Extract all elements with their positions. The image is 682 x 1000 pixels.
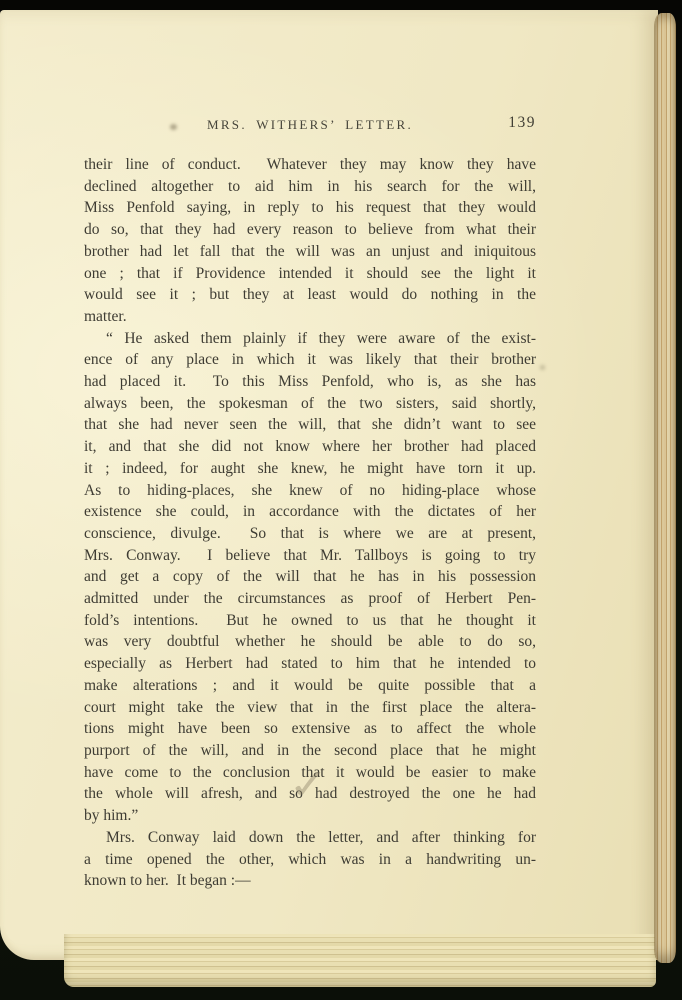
text-line: a time opened the other, which was in a … [84,849,536,871]
text-line: declined altogether to aid him in his se… [84,176,536,198]
paragraph: their line of conduct. Whatever they may… [84,154,536,328]
page-speck [540,365,545,370]
running-header-title: MRS. WITHERS’ LETTER. [207,117,413,132]
text-line: do so, that they had every reason to bel… [84,219,536,241]
scanned-book-photo: { "page": { "header": { "title": "MRS. W… [0,0,682,1000]
book-page: MRS. WITHERS’ LETTER. 139 their line of … [0,10,658,960]
book-fore-edge [655,13,676,963]
text-line: conscience, divulge. So that is where we… [84,523,536,545]
text-line: it, and that she did not know where her … [84,436,536,458]
text-line: brother had let fall that the will was a… [84,241,536,263]
text-line: make alterations ; and it would be quite… [84,675,536,697]
text-line: fold’s intentions. But he owned to us th… [84,610,536,632]
running-header: MRS. WITHERS’ LETTER. 139 [84,116,536,138]
text-line: As to hiding-places, she knew of no hidi… [84,480,536,502]
book-bottom-page-edges [64,934,656,987]
text-line: had placed it. To this Miss Penfold, who… [84,371,536,393]
text-line: purport of the will, and in the second p… [84,740,536,762]
text-line: by him.” [84,805,536,827]
text-line: that she had never seen the will, that s… [84,414,536,436]
paragraph: “ He asked them plainly if they were awa… [84,328,536,827]
text-line: tions might have been so extensive as to… [84,718,536,740]
text-line: matter. [84,306,536,328]
text-line: and get a copy of the will that he has i… [84,566,536,588]
text-line: court might take the view that in the fi… [84,697,536,719]
text-line: ence of any place in which it was likely… [84,349,536,371]
text-line: Miss Penfold saying, in reply to his req… [84,197,536,219]
text-line: one ; that if Providence intended it sho… [84,263,536,285]
text-line: admitted under the circumstances as proo… [84,588,536,610]
text-line: would see it ; but they at least would d… [84,284,536,306]
text-line: Mrs. Conway laid down the letter, and af… [84,827,536,849]
text-line: their line of conduct. Whatever they may… [84,154,536,176]
text-line: was very doubtful whether he should be a… [84,631,536,653]
page-number: 139 [508,114,536,132]
text-line: always been, the spokesman of the two si… [84,393,536,415]
text-line: especially as Herbert had stated to him … [84,653,536,675]
text-line: “ He asked them plainly if they were awa… [84,328,536,350]
paragraph: Mrs. Conway laid down the letter, and af… [84,827,536,892]
text-line: Mrs. Conway. I believe that Mr. Tallboys… [84,545,536,567]
pencil-checkmark-artifact: ✓ [286,761,331,810]
text-line: it ; indeed, for aught she knew, he migh… [84,458,536,480]
page-speck [170,124,177,130]
text-line: known to her. It began :— [84,870,536,892]
text-line: existence she could, in accordance with … [84,501,536,523]
